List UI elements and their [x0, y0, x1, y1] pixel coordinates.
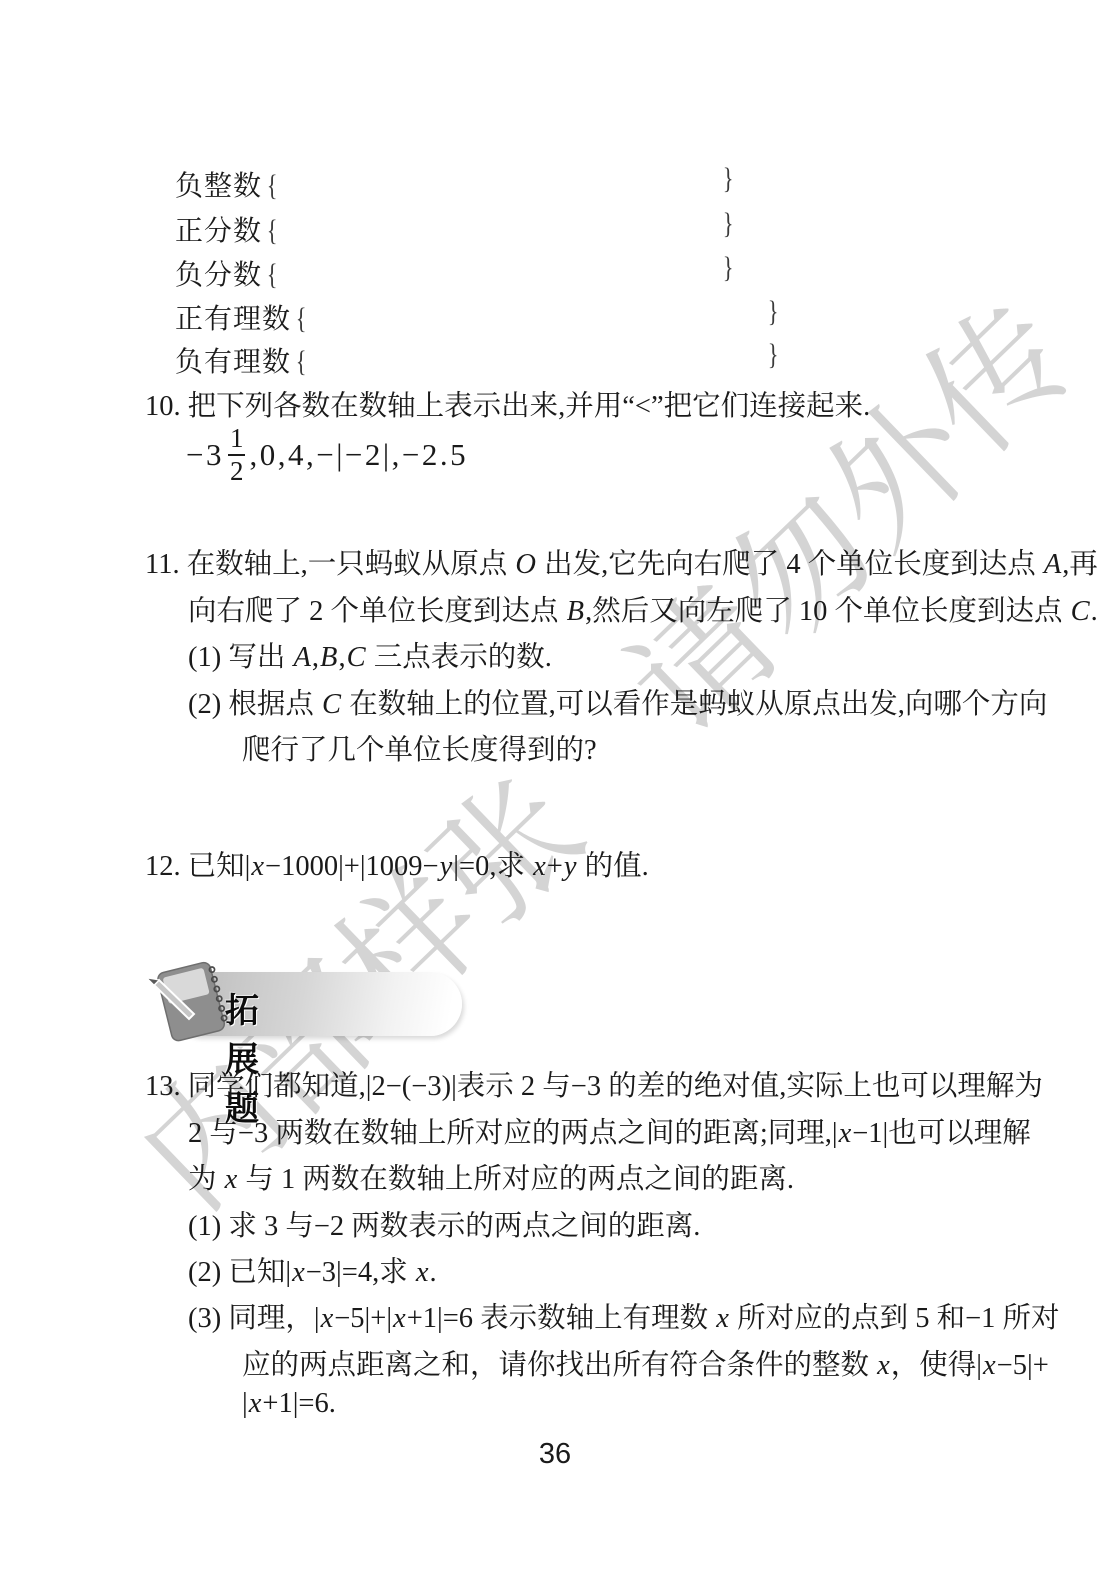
question-text: 在数轴上,一只蚂蚁从原点 O 出发,它先向右爬了 4 个单位长度到达点 A,再: [187, 549, 1098, 580]
question-number: 12.: [145, 851, 181, 882]
question-number: 11.: [145, 549, 180, 580]
math-rest: ,0,4,−|−2|,−2.5: [249, 437, 468, 473]
subquestion-3: (3) 同理，|x−5|+|x+1|=6 表示数轴上有理数 x 所对应的点到 5…: [188, 1295, 1060, 1336]
close-brace: }: [723, 162, 734, 196]
math-expression: −3 1 2 ,0,4,−|−2|,−2.5: [186, 412, 468, 498]
row-label: 负有理数: [175, 347, 291, 378]
question-number: 13.: [145, 1071, 181, 1102]
subquestion-2-cont: 爬行了几个单位长度得到的?: [242, 727, 597, 768]
close-brace: }: [768, 295, 779, 329]
open-brace: {: [296, 345, 307, 379]
subquestion-1: (1) 写出 A,B,C 三点表示的数.: [188, 634, 552, 675]
page-number: 36: [0, 1438, 1110, 1471]
subquestion-2: (2) 根据点 C 在数轴上的位置,可以看作是蚂蚁从原点出发,向哪个方向: [188, 681, 1047, 722]
open-brace: {: [296, 302, 307, 336]
classification-row: 负整数{ }: [175, 164, 1110, 202]
classification-row: 正分数{ }: [175, 209, 1110, 247]
open-brace: {: [267, 169, 278, 203]
workbook-page: 内部样张 请勿外传 负整数{ } 正分数{ } 负分数{ } 正有理数{ } 负…: [0, 0, 1110, 1571]
close-brace: }: [723, 207, 734, 241]
close-brace: }: [768, 338, 779, 372]
notebook-pencil-icon: [144, 950, 244, 1054]
open-brace: {: [267, 214, 278, 248]
subquestion-1: (1) 求 3 与−2 两数表示的两点之间的距离.: [188, 1203, 700, 1244]
question-line: 向右爬了 2 个单位长度到达点 B,然后又向左爬了 10 个单位长度到达点 C.: [188, 588, 1098, 629]
question-line: 13.同学们都知道,|2−(−3)|表示 2 与−3 的差的绝对值,实际上也可以…: [145, 1063, 1043, 1104]
math-lead: −3: [186, 437, 224, 473]
classification-row: 正有理数{ }: [175, 297, 1110, 335]
question-text: 同学们都知道,|2−(−3)|表示 2 与−3 的差的绝对值,实际上也可以理解为: [188, 1071, 1043, 1102]
question-text: 已知|x−1000|+|1009−y|=0,求 x+y 的值.: [188, 851, 649, 882]
subquestion-3-cont: 应的两点距离之和，请你找出所有符合条件的整数 x，使得|x−5|+: [242, 1342, 1049, 1383]
question-line: 为 x 与 1 两数在数轴上所对应的两点之间的距离.: [188, 1156, 794, 1197]
row-label: 正有理数: [175, 304, 291, 335]
classification-row: 负分数{ }: [175, 253, 1110, 291]
question-line: 11.在数轴上,一只蚂蚁从原点 O 出发,它先向右爬了 4 个单位长度到达点 A…: [145, 541, 1098, 582]
question-line: 12.已知|x−1000|+|1009−y|=0,求 x+y 的值.: [145, 843, 649, 884]
row-label: 负分数: [175, 260, 262, 291]
subquestion-2: (2) 已知|x−3|=4,求 x.: [188, 1249, 437, 1290]
fraction-denominator: 2: [228, 457, 246, 486]
close-brace: }: [723, 251, 734, 285]
fraction-numerator: 1: [228, 424, 246, 453]
row-label: 正分数: [175, 216, 262, 247]
row-label: 负整数: [175, 171, 262, 202]
question-number: 10.: [145, 391, 181, 422]
fraction: 1 2: [228, 424, 246, 486]
classification-row: 负有理数{ }: [175, 340, 1110, 378]
open-brace: {: [267, 258, 278, 292]
subquestion-3-cont: |x+1|=6.: [242, 1388, 336, 1420]
question-line: 2 与−3 两数在数轴上所对应的两点之间的距离;同理,|x−1|也可以理解: [188, 1110, 1031, 1151]
